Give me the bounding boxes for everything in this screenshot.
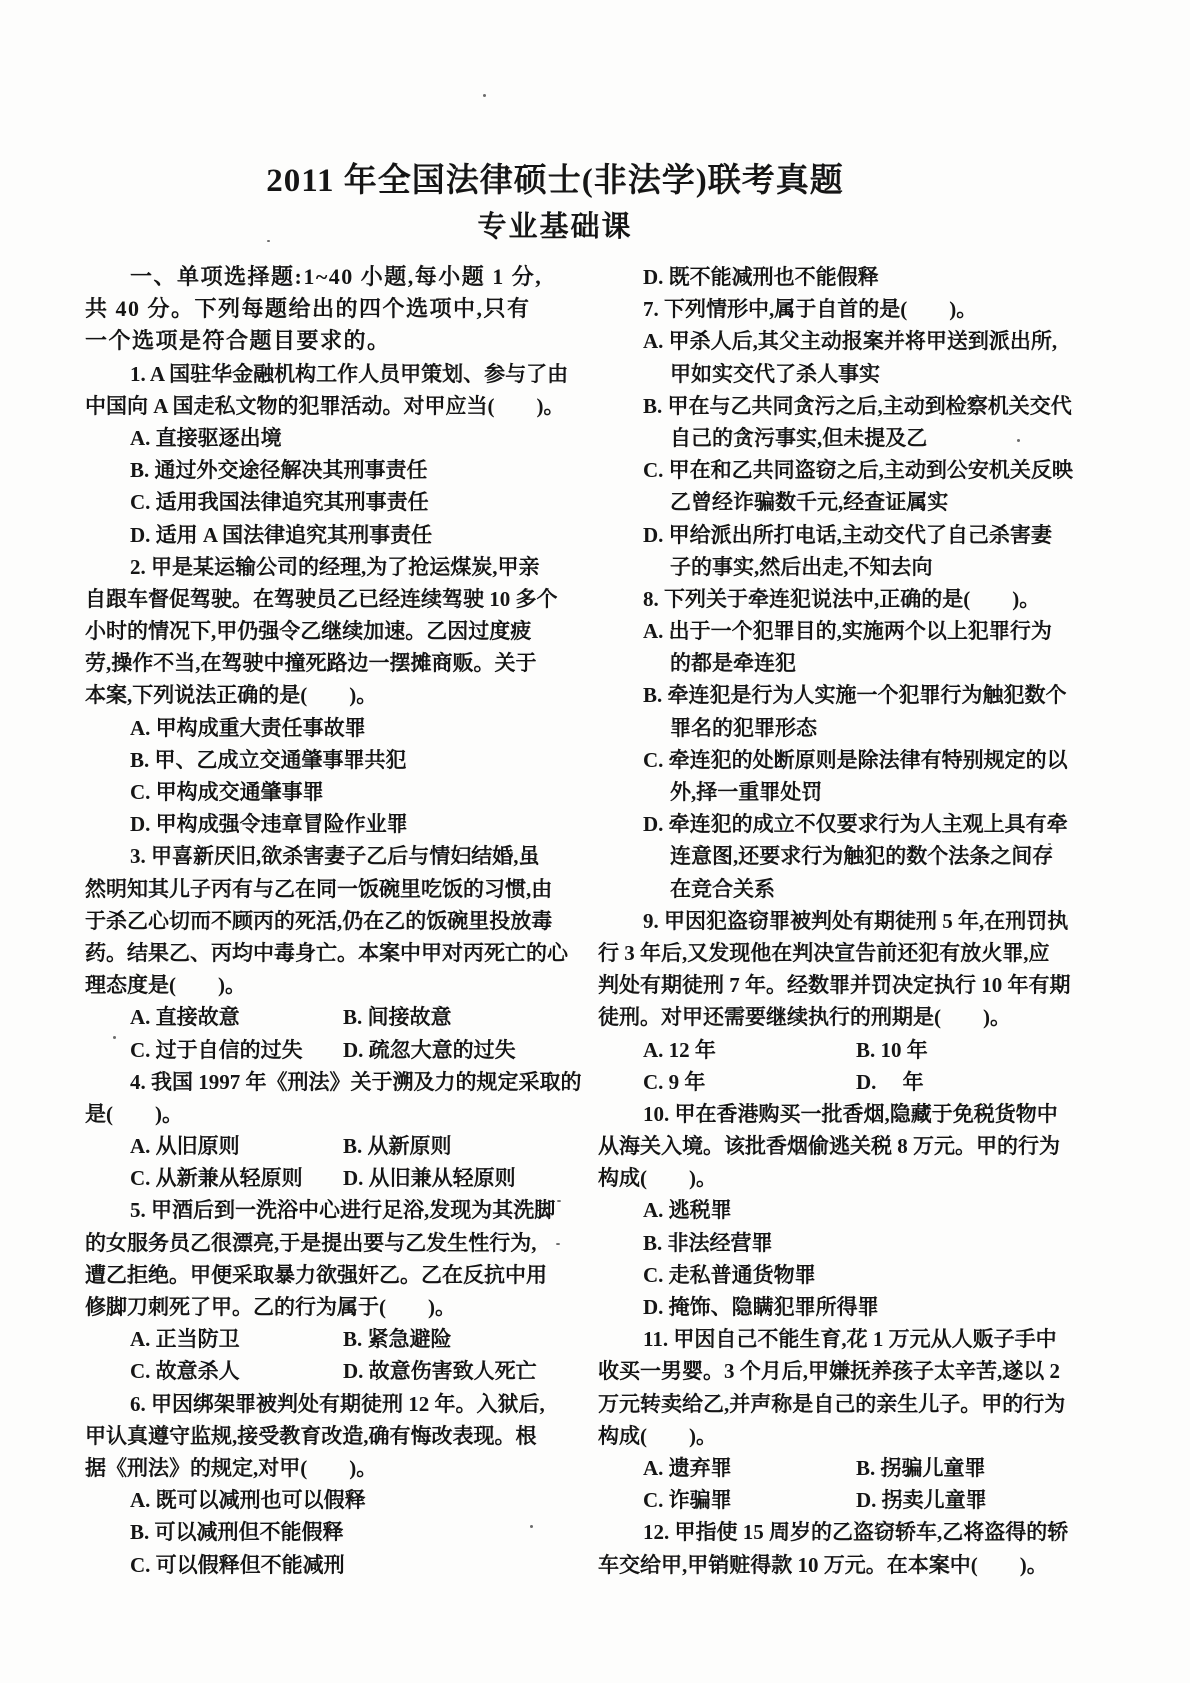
option-line: D. 年 xyxy=(856,1066,924,1098)
option-pair-line: A. 从旧原则B. 从新原则 xyxy=(85,1130,567,1162)
option-pair-line: C. 过于自信的过失D. 疏忽大意的过失 xyxy=(85,1034,567,1066)
scan-speck xyxy=(530,1525,533,1528)
page-title: 2011 年全国法律硕士(非法学)联考真题 xyxy=(0,160,1110,202)
question-text-line: 7. 下列情形中,属于自首的是( )。 xyxy=(598,293,1090,325)
option-line: D. 既不能减刑也不能假释 xyxy=(598,261,1090,293)
scan-speck xyxy=(1017,439,1020,442)
question-text-line: 车交给甲,甲销赃得款 10 万元。在本案中( )。 xyxy=(598,1549,1090,1581)
option-line: A. 遗弃罪 xyxy=(643,1452,856,1484)
option-line: B. 拐骗儿童罪 xyxy=(856,1452,986,1484)
section-heading-line: 共 40 分。下列每题给出的四个选项中,只有 xyxy=(85,293,567,325)
question-text-line: 从海关入境。该批香烟偷逃关税 8 万元。甲的行为 xyxy=(598,1130,1090,1162)
option-line: D. 疏忽大意的过失 xyxy=(343,1034,516,1066)
option-line: 罪名的犯罪形态 xyxy=(598,712,1090,744)
page-subtitle: 专业基础课 xyxy=(0,207,1110,247)
option-line: B. 甲、乙成立交通肇事罪共犯 xyxy=(85,744,567,776)
question-text-line: 万元转卖给乙,并声称是自己的亲生儿子。甲的行为 xyxy=(598,1388,1090,1420)
option-line: B. 10 年 xyxy=(856,1034,928,1066)
question-text-line: 行 3 年后,又发现他在判决宣告前还犯有放火罪,应 xyxy=(598,937,1090,969)
scan-speck xyxy=(556,1243,560,1245)
option-line: 自己的贪污事实,但未提及乙 xyxy=(598,422,1090,454)
option-line: C. 甲构成交通肇事罪 xyxy=(85,776,567,808)
option-line: D. 甲给派出所打电话,主动交代了自己杀害妻 xyxy=(598,519,1090,551)
scanned-exam-page: 2011 年全国法律硕士(非法学)联考真题 专业基础课 一、单项选择题:1~40… xyxy=(0,0,1190,1683)
section-heading-line: 一、单项选择题:1~40 小题,每小题 1 分, xyxy=(85,261,567,293)
question-text-line: 的女服务员乙很漂亮,于是提出要与乙发生性行为, xyxy=(85,1227,567,1259)
option-line: C. 诈骗罪 xyxy=(643,1484,856,1516)
option-line: C. 甲在和乙共同盗窃之后,主动到公安机关反映 xyxy=(598,454,1090,486)
option-pair-line: A. 12 年B. 10 年 xyxy=(598,1034,1090,1066)
option-pair-line: A. 直接故意B. 间接故意 xyxy=(85,1001,567,1033)
option-pair-line: C. 从新兼从轻原则D. 从旧兼从轻原则 xyxy=(85,1162,567,1194)
scan-speck xyxy=(1048,843,1051,845)
option-line: 在竞合关系 xyxy=(598,873,1090,905)
question-text-line: 理态度是( )。 xyxy=(85,969,567,1001)
option-line: D. 适用 A 国法律追究其刑事责任 xyxy=(85,519,567,551)
question-text-line: 11. 甲因自己不能生育,花 1 万元从人贩子手中 xyxy=(598,1323,1090,1355)
option-pair-line: A. 正当防卫B. 紧急避险 xyxy=(85,1323,567,1355)
option-pair-line: C. 故意杀人D. 故意伤害致人死亡 xyxy=(85,1355,567,1387)
question-text-line: 据《刑法》的规定,对甲( )。 xyxy=(85,1452,567,1484)
option-line: B. 非法经营罪 xyxy=(598,1227,1090,1259)
option-line: A. 12 年 xyxy=(643,1034,856,1066)
question-text-line: 小时的情况下,甲仍强令乙继续加速。乙因过度疲 xyxy=(85,615,567,647)
scan-speck xyxy=(267,240,270,242)
question-text-line: 6. 甲因绑架罪被判处有期徒刑 12 年。入狱后, xyxy=(85,1388,567,1420)
section-heading-line: 一个选项是符合题目要求的。 xyxy=(85,325,567,357)
question-text-line: 中国向 A 国走私文物的犯罪活动。对甲应当( )。 xyxy=(85,390,567,422)
option-line: C. 可以假释但不能减刑 xyxy=(85,1549,567,1581)
option-line: B. 可以减刑但不能假释 xyxy=(85,1516,567,1548)
option-line: 的都是牵连犯 xyxy=(598,647,1090,679)
question-text-line: 5. 甲酒后到一洗浴中心进行足浴,发现为其洗脚 xyxy=(85,1194,567,1226)
option-line: D. 牵连犯的成立不仅要求行为人主观上具有牵 xyxy=(598,808,1090,840)
option-line: C. 过于自信的过失 xyxy=(130,1034,343,1066)
scan-speck xyxy=(113,1036,116,1039)
option-line: C. 适用我国法律追究其刑事责任 xyxy=(85,486,567,518)
question-text-line: 甲认真遵守监规,接受教育改造,确有悔改表现。根 xyxy=(85,1420,567,1452)
question-text-line: 2. 甲是某运输公司的经理,为了抢运煤炭,甲亲 xyxy=(85,551,567,583)
question-text-line: 1. A 国驻华金融机构工作人员甲策划、参与了由 xyxy=(85,358,567,390)
option-line: A. 正当防卫 xyxy=(130,1323,343,1355)
option-line: A. 甲构成重大责任事故罪 xyxy=(85,712,567,744)
option-line: A. 甲杀人后,其父主动报案并将甲送到派出所, xyxy=(598,325,1090,357)
option-line: C. 故意杀人 xyxy=(130,1355,343,1387)
scan-speck xyxy=(483,94,486,97)
question-text-line: 10. 甲在香港购买一批香烟,隐藏于免税货物中 xyxy=(598,1098,1090,1130)
question-text-line: 是( )。 xyxy=(85,1098,567,1130)
question-text-line: 9. 甲因犯盗窃罪被判处有期徒刑 5 年,在刑罚执 xyxy=(598,905,1090,937)
option-line: D. 掩饰、隐瞒犯罪所得罪 xyxy=(598,1291,1090,1323)
option-line: A. 直接驱逐出境 xyxy=(85,422,567,454)
option-line: C. 从新兼从轻原则 xyxy=(130,1162,343,1194)
option-pair-line: C. 诈骗罪D. 拐卖儿童罪 xyxy=(598,1484,1090,1516)
question-text-line: 收买一男婴。3 个月后,甲嫌抚养孩子太辛苦,遂以 2 xyxy=(598,1355,1090,1387)
option-line: B. 间接故意 xyxy=(343,1001,452,1033)
option-line: B. 从新原则 xyxy=(343,1130,452,1162)
option-line: D. 从旧兼从轻原则 xyxy=(343,1162,516,1194)
option-line: 乙曾经诈骗数千元,经查证属实 xyxy=(598,486,1090,518)
question-text-line: 构成( )。 xyxy=(598,1420,1090,1452)
option-line: B. 通过外交途径解决其刑事责任 xyxy=(85,454,567,486)
column-left: 一、单项选择题:1~40 小题,每小题 1 分,共 40 分。下列每题给出的四个… xyxy=(85,261,567,1581)
option-line: C. 9 年 xyxy=(643,1066,856,1098)
question-text-line: 4. 我国 1997 年《刑法》关于溯及力的规定采取的 xyxy=(85,1066,567,1098)
question-text-line: 8. 下列关于牵连犯说法中,正确的是( )。 xyxy=(598,583,1090,615)
option-line: D. 拐卖儿童罪 xyxy=(856,1484,987,1516)
question-text-line: 修脚刀刺死了甲。乙的行为属于( )。 xyxy=(85,1291,567,1323)
question-text-line: 于杀乙心切而不顾丙的死活,仍在乙的饭碗里投放毒 xyxy=(85,905,567,937)
option-line: 甲如实交代了杀人事实 xyxy=(598,358,1090,390)
question-text-line: 本案,下列说法正确的是( )。 xyxy=(85,679,567,711)
option-line: D. 故意伤害致人死亡 xyxy=(343,1355,537,1387)
option-line: C. 牵连犯的处断原则是除法律有特别规定的以 xyxy=(598,744,1090,776)
option-pair-line: A. 遗弃罪B. 拐骗儿童罪 xyxy=(598,1452,1090,1484)
option-line: 外,择一重罪处罚 xyxy=(598,776,1090,808)
question-text-line: 12. 甲指使 15 周岁的乙盗窃轿车,乙将盗得的轿 xyxy=(598,1516,1090,1548)
option-line: A. 逃税罪 xyxy=(598,1194,1090,1226)
scan-speck xyxy=(557,1200,561,1202)
option-line: B. 紧急避险 xyxy=(343,1323,452,1355)
option-line: B. 甲在与乙共同贪污之后,主动到检察机关交代 xyxy=(598,390,1090,422)
question-text-line: 徒刑。对甲还需要继续执行的刑期是( )。 xyxy=(598,1001,1090,1033)
question-text-line: 遭乙拒绝。甲便采取暴力欲强奸乙。乙在反抗中用 xyxy=(85,1259,567,1291)
question-text-line: 构成( )。 xyxy=(598,1162,1090,1194)
column-right: D. 既不能减刑也不能假释7. 下列情形中,属于自首的是( )。A. 甲杀人后,… xyxy=(598,261,1090,1581)
question-text-line: 3. 甲喜新厌旧,欲杀害妻子乙后与情妇结婚,虽 xyxy=(85,840,567,872)
option-line: 连意图,还要求行为触犯的数个法条之间存 xyxy=(598,840,1090,872)
option-line: C. 走私普通货物罪 xyxy=(598,1259,1090,1291)
question-text-line: 劳,操作不当,在驾驶中撞死路边一摆摊商贩。关于 xyxy=(85,647,567,679)
option-line: A. 出于一个犯罪目的,实施两个以上犯罪行为 xyxy=(598,615,1090,647)
option-line: A. 直接故意 xyxy=(130,1001,343,1033)
option-line: 子的事实,然后出走,不知去向 xyxy=(598,551,1090,583)
option-line: D. 甲构成强令违章冒险作业罪 xyxy=(85,808,567,840)
question-text-line: 判处有期徒刑 7 年。经数罪并罚决定执行 10 年有期 xyxy=(598,969,1090,1001)
question-text-line: 然明知其儿子丙有与乙在同一饭碗里吃饭的习惯,由 xyxy=(85,873,567,905)
question-text-line: 药。结果乙、丙均中毒身亡。本案中甲对丙死亡的心 xyxy=(85,937,567,969)
option-line: B. 牵连犯是行为人实施一个犯罪行为触犯数个 xyxy=(598,679,1090,711)
question-text-line: 自跟车督促驾驶。在驾驶员乙已经连续驾驶 10 多个 xyxy=(85,583,567,615)
option-line: A. 从旧原则 xyxy=(130,1130,343,1162)
option-pair-line: C. 9 年D. 年 xyxy=(598,1066,1090,1098)
option-line: A. 既可以减刑也可以假释 xyxy=(85,1484,567,1516)
